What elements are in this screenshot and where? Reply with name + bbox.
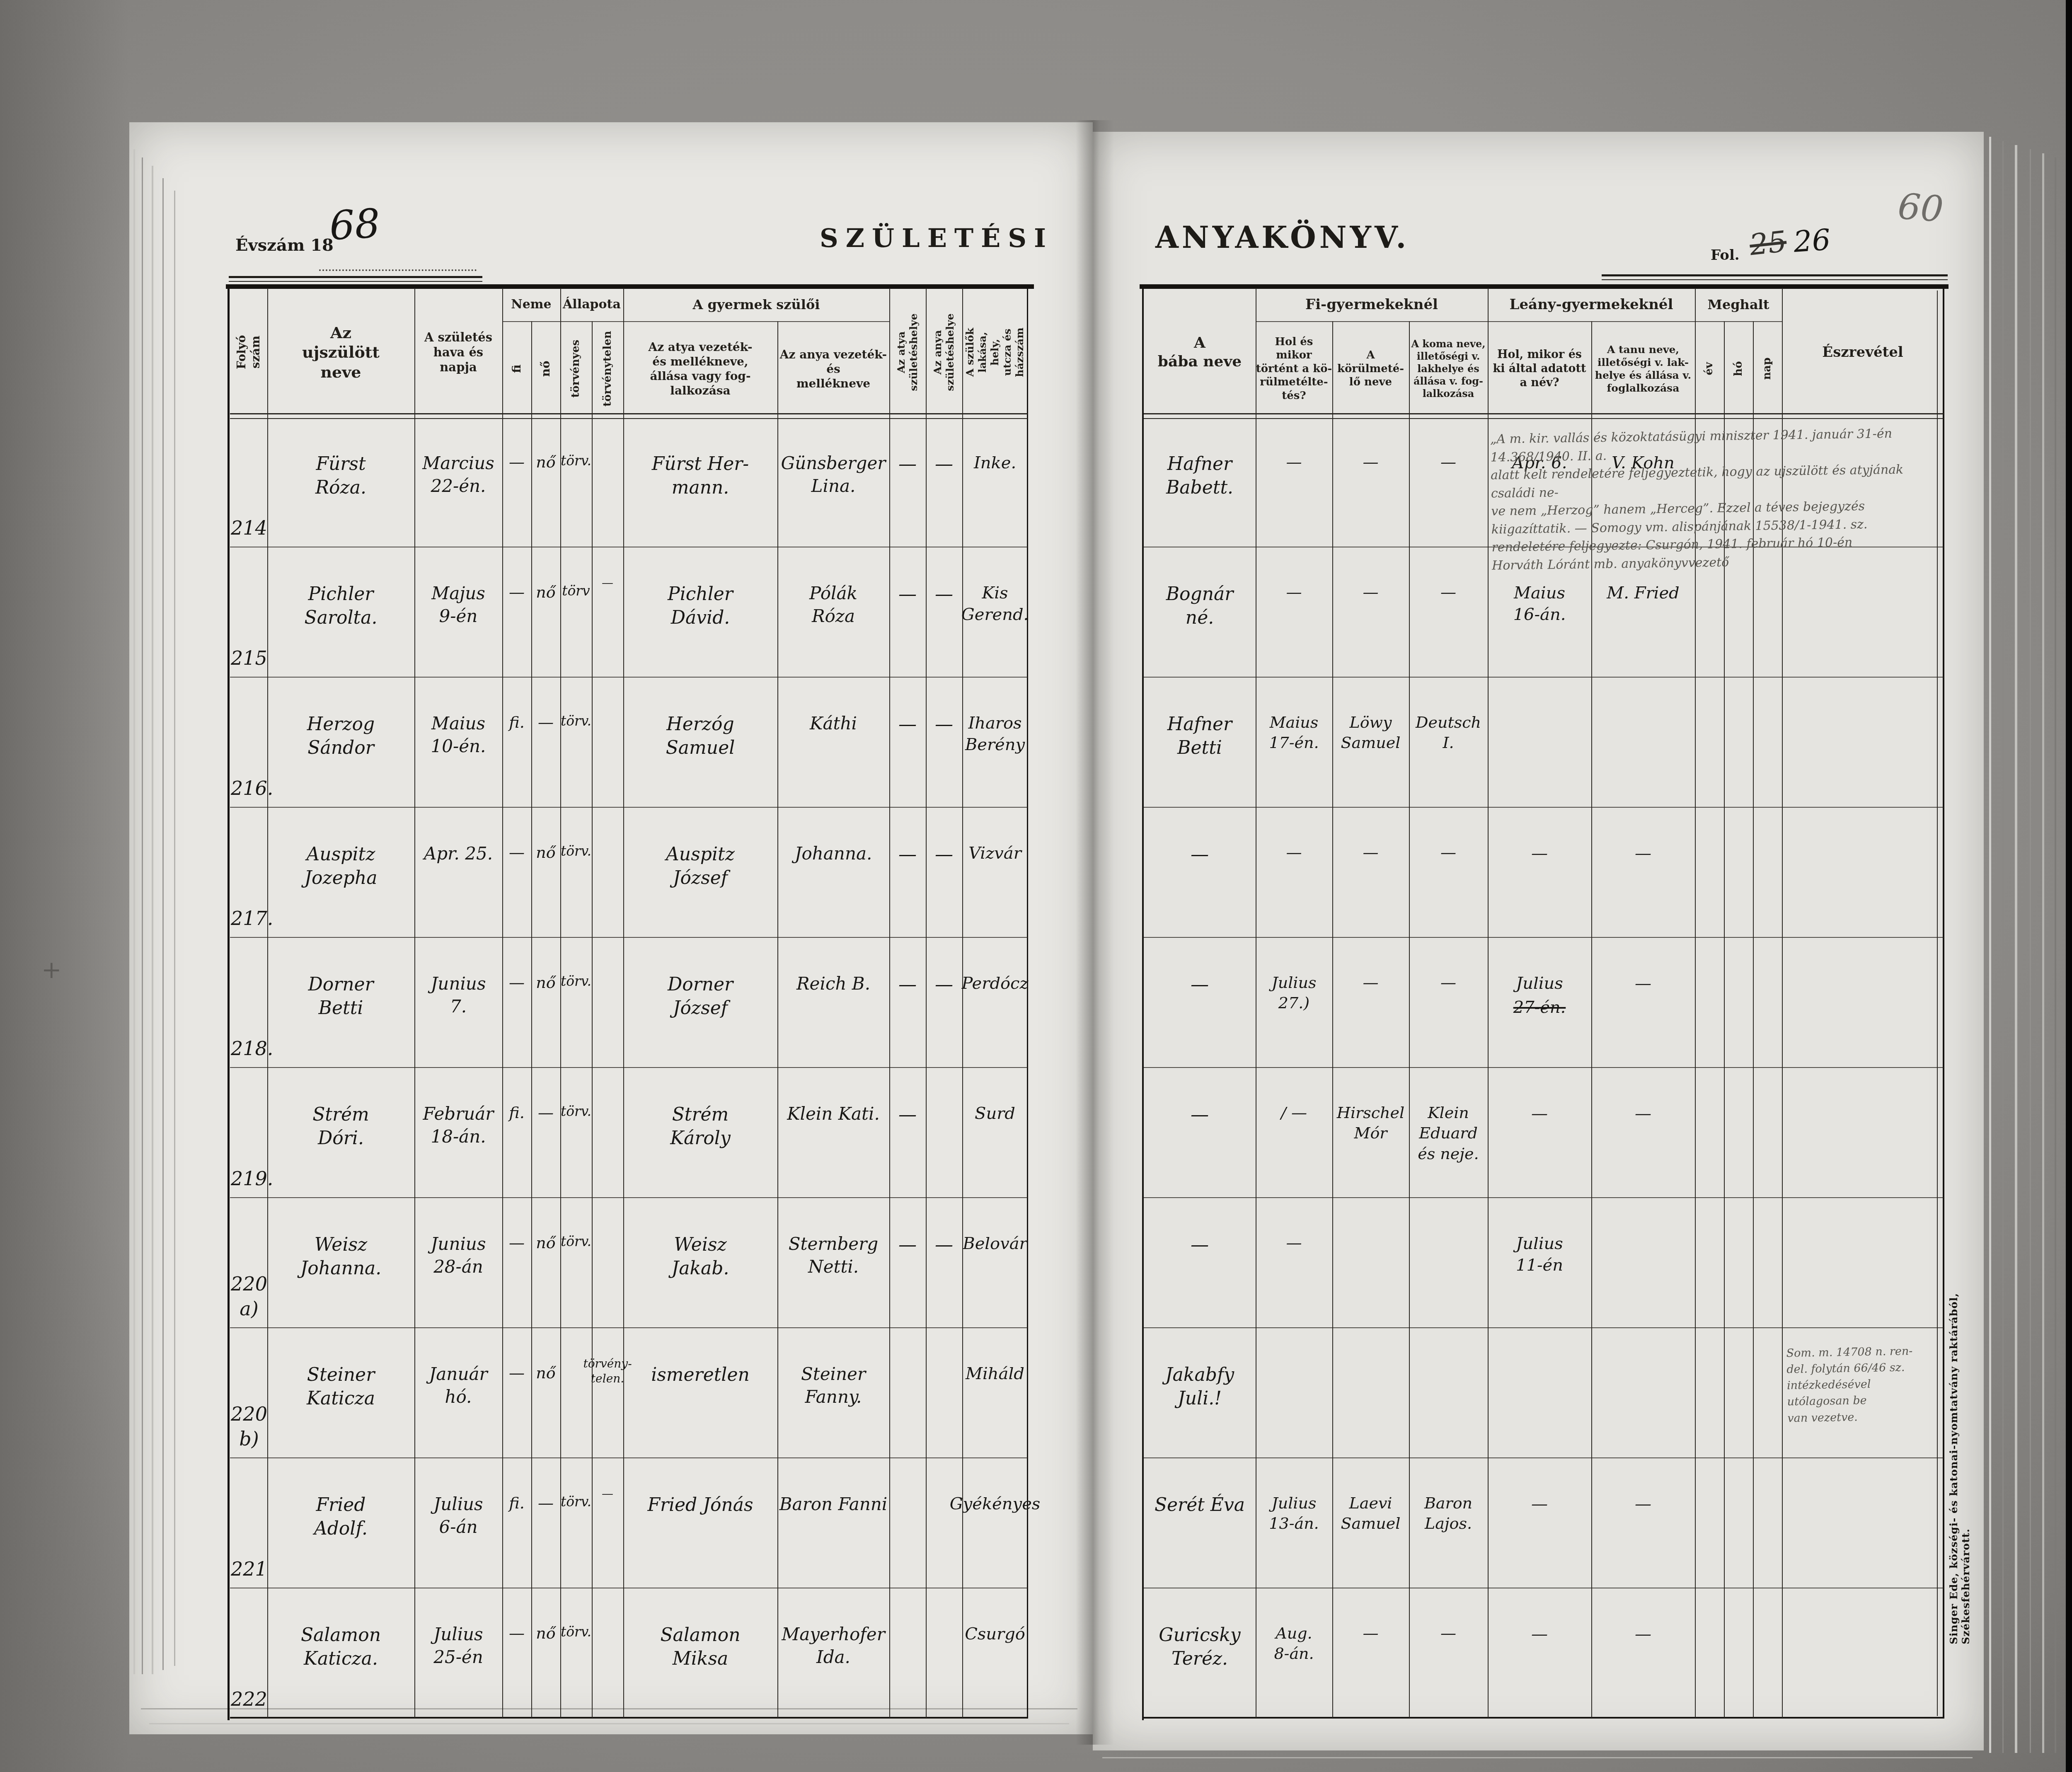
cell-torv: törv. — [560, 1457, 592, 1588]
sheet-edge-line — [2030, 149, 2031, 1753]
cell-torvtelen — [592, 1197, 623, 1327]
table-row: 217.Auspitz JozephaApr. 25.—nőtörv.Auspi… — [230, 807, 1028, 937]
header-korulmetelo-neve: A körülmeté- lő neve — [1332, 321, 1409, 416]
header-tanu-neve: A tanu neve, illetőségi v. lak- helye és… — [1591, 321, 1695, 416]
cell-torv: törv. — [560, 416, 592, 547]
header-anya-szuleteshelye: Az anya születéshelye — [926, 288, 962, 416]
header-baba-neve: A bába neve — [1144, 288, 1256, 416]
cell-circ_who: Löwy Samuel — [1332, 677, 1409, 807]
cell-name: Salamon Katicza. — [267, 1588, 414, 1718]
cell-circ_who: — — [1332, 1588, 1409, 1718]
cell-residence: Iharos Berény — [962, 677, 1028, 807]
cell-torv: törv. — [560, 807, 592, 937]
cell-tanu — [1591, 1197, 1695, 1327]
header-anya-szuleteshelye-label: Az anya születéshelye — [932, 313, 956, 391]
cell-circ_when: / — — [1256, 1067, 1332, 1197]
header-szulok-lakasa: A szülők lakása, hely, utcza és házszám — [962, 288, 1028, 416]
cell-koma: Deutsch I. — [1409, 677, 1488, 807]
cell-fi: fi. — [502, 1067, 531, 1197]
cell-mother: Steiner Fanny. — [777, 1327, 889, 1457]
cell-date: Junius 28-án — [414, 1197, 502, 1327]
cell-baba: Bognár né. — [1144, 547, 1256, 677]
cell-mother_bp — [926, 1588, 962, 1718]
cell-num: 222 — [230, 1588, 267, 1718]
header-ho: hó — [1724, 321, 1753, 416]
cell-circ_when: Julius 27.) — [1256, 937, 1332, 1067]
cell-num: 216. — [230, 677, 267, 807]
cell-baba: — — [1144, 937, 1256, 1067]
cell-residence: Csurgó — [962, 1588, 1028, 1718]
scanned-registry-spread: Évszám 18 68 SZÜLETÉSI ANYAKÖNYV. Fol. 2… — [0, 0, 2072, 1772]
fol-number: 26 — [1792, 223, 1832, 259]
cell-residence: Surd — [962, 1067, 1028, 1197]
cell-baba: Guricsky Teréz. — [1144, 1588, 1256, 1718]
evszam-handwritten-year: 68 — [328, 200, 381, 249]
sheet-edge-line — [2002, 141, 2004, 1753]
cell-name_when_struck — [1488, 677, 1591, 807]
cell-date: Január hó. — [414, 1327, 502, 1457]
cell-torv: törv. — [560, 1588, 592, 1718]
right-page-title: ANYAKÖNYV. — [1155, 220, 1409, 255]
cell-circ_when: — — [1256, 807, 1332, 937]
table-row: ——Julius 11-én — [1144, 1197, 1944, 1327]
table-row: Guricsky Teréz.Aug. 8-án.———— — [1144, 1588, 1944, 1718]
cell-koma: Baron Lajos. — [1409, 1457, 1488, 1588]
cell-torvtelen: — — [592, 1457, 623, 1588]
cell-date: Junius 7. — [414, 937, 502, 1067]
cell-baba: Jakabfy Juli.! — [1144, 1327, 1256, 1457]
cell-torv: törv — [560, 547, 592, 677]
cell-father: Dorner József — [623, 937, 777, 1067]
cell-circ_who: Hirschel Mór — [1332, 1067, 1409, 1197]
fol-number-struck: 25 — [1748, 225, 1788, 262]
cell-father_bp: — — [889, 416, 926, 547]
cell-fi: — — [502, 807, 531, 937]
table-row: 222Salamon Katicza.Julius 25-én—nőtörv.S… — [230, 1588, 1028, 1718]
header-folyo-szam: Folyó szám — [230, 288, 267, 416]
sheet-edge-line — [142, 157, 143, 1674]
header-nap: nap — [1753, 321, 1782, 416]
cell-name: Herzog Sándor — [267, 677, 414, 807]
cell-name_when_struck — [1488, 807, 1591, 937]
cell-date: Julius 6-án — [414, 1457, 502, 1588]
right-table: A bába neve Fi-gyermekeknél Leány-gyerme… — [1144, 288, 1944, 1718]
cell-no: nő — [531, 807, 560, 937]
cell-name: Fried Adolf. — [267, 1457, 414, 1588]
sheet-edge-line — [1989, 137, 1991, 1753]
cell-koma: — — [1409, 416, 1488, 547]
table-row: 215Pichler Sarolta.Majus 9-én—nőtörv—Pic… — [230, 547, 1028, 677]
cell-circ_who: — — [1332, 547, 1409, 677]
cell-baba: — — [1144, 807, 1256, 937]
cell-father: Weisz Jakab. — [623, 1197, 777, 1327]
cell-torv: törv. — [560, 1067, 592, 1197]
table-row: Serét ÉvaJulius 13-án.Laevi SamuelBaron … — [1144, 1457, 1944, 1588]
table-row: 219.Strém Dóri.Február 18-án.fi.—törv.St… — [230, 1067, 1028, 1197]
cell-baba: Hafner Betti — [1144, 677, 1256, 807]
left-table: Folyó szám Az ujszülött neve A születés … — [230, 288, 1028, 1718]
cell-father_bp: — — [889, 937, 926, 1067]
header-atya-neve: Az atya vezeték- és mellékneve, állása v… — [623, 321, 777, 416]
cell-date: Marcius 22-én. — [414, 416, 502, 547]
cell-date: Julius 25-én — [414, 1588, 502, 1718]
cell-tanu: — — [1591, 937, 1695, 1067]
header-fi-gyermekeknel-group: Fi-gyermekeknél — [1256, 288, 1488, 321]
cell-father_bp: — — [889, 807, 926, 937]
cell-koma: Klein Eduard és neje. — [1409, 1067, 1488, 1197]
gutter-shadow — [1076, 120, 1114, 1745]
cell-tanu: — — [1591, 1067, 1695, 1197]
cell-no: nő — [531, 1588, 560, 1718]
cell-name: Auspitz Jozepha — [267, 807, 414, 937]
cell-father_bp: — — [889, 1197, 926, 1327]
header-ujszulott-neve: Az ujszülött neve — [267, 288, 414, 416]
cell-date: Majus 9-én — [414, 547, 502, 677]
table-row: 216.Herzog SándorMaius 10-én.fi.—törv.He… — [230, 677, 1028, 807]
sheet-edge-line — [174, 191, 175, 1666]
cell-mother_bp: — — [926, 547, 962, 677]
cell-num: 221 — [230, 1457, 267, 1588]
cell-circ_when: Maius 17-én. — [1256, 677, 1332, 807]
cell-father: Fürst Her- mann. — [623, 416, 777, 547]
cell-torvtelen — [592, 416, 623, 547]
cell-fi: — — [502, 1588, 531, 1718]
cell-koma: — — [1409, 547, 1488, 677]
cell-name_when_struck: 27-én. — [1488, 937, 1591, 1067]
cell-no: nő — [531, 1197, 560, 1327]
cell-torvtelen: — — [592, 547, 623, 677]
header-meghalt-group: Meghalt — [1695, 288, 1782, 321]
fol-label: Fol. — [1711, 247, 1740, 264]
cell-num: 218. — [230, 937, 267, 1067]
table-row: 221Fried Adolf.Julius 6-ánfi.—törv.—Frie… — [230, 1457, 1028, 1588]
cell-num: 214 — [230, 416, 267, 547]
cell-father: Strém Károly — [623, 1067, 777, 1197]
cell-no: nő — [531, 937, 560, 1067]
cell-no: nő — [531, 416, 560, 547]
header-nap-label: nap — [1761, 358, 1774, 380]
cell-name_when_struck — [1488, 1457, 1591, 1588]
cell-father_bp — [889, 1457, 926, 1588]
cell-mother_bp — [926, 1457, 962, 1588]
cell-name: Fürst Róza. — [267, 416, 414, 547]
sheet-edge-line — [2015, 145, 2017, 1753]
cell-koma — [1409, 1327, 1488, 1457]
cell-circ_when: — — [1256, 416, 1332, 547]
cell-date: Február 18-án. — [414, 1067, 502, 1197]
cell-koma: — — [1409, 937, 1488, 1067]
cell-fi: — — [502, 1327, 531, 1457]
cell-father: Herzóg Samuel — [623, 677, 777, 807]
cell-circ_who: — — [1332, 416, 1409, 547]
cell-num: 215 — [230, 547, 267, 677]
header-eszrevetel: Észrevétel — [1782, 288, 1944, 416]
cell-father: Pichler Dávid. — [623, 547, 777, 677]
evszam-dotted-line — [319, 269, 477, 271]
cell-fi: fi. — [502, 677, 531, 807]
cell-no: — — [531, 677, 560, 807]
cell-tanu — [1591, 1327, 1695, 1457]
cell-residence: Miháld — [962, 1327, 1028, 1457]
cell-mother: Baron Fanni — [777, 1457, 889, 1588]
cell-residence: Kis Gerend. — [962, 547, 1028, 677]
margin-cross-mark: + — [41, 956, 62, 984]
cell-circ_who — [1332, 1197, 1409, 1327]
cell-fi: — — [502, 1197, 531, 1327]
left-table-rows: 214Fürst Róza.Marcius 22-én.—nőtörv.Fürs… — [230, 416, 1028, 1718]
cell-no: nő — [531, 547, 560, 677]
cell-father: ismeretlen — [623, 1327, 777, 1457]
cell-father_bp — [889, 1327, 926, 1457]
cell-baba: — — [1144, 1197, 1256, 1327]
cell-mother_bp — [926, 1067, 962, 1197]
cell-mother: Reich B. — [777, 937, 889, 1067]
header-no-label: nő — [539, 361, 553, 377]
cell-residence: Gyékényes — [962, 1457, 1028, 1588]
header-atya-szuleteshelye-label: Az atya születéshelye — [895, 313, 920, 391]
cell-torvtelen — [592, 1067, 623, 1197]
header-fi-label: fi — [510, 365, 524, 373]
cell-father_bp: — — [889, 547, 926, 677]
fol-rule — [1602, 274, 1948, 280]
cell-circ_when: Aug. 8-án. — [1256, 1588, 1332, 1718]
header-szulok-lakasa-label: A szülők lakása, hely, utcza és házszám — [964, 320, 1026, 385]
cell-residence: Vizvár — [962, 807, 1028, 937]
cell-circ_when: Julius 13-án. — [1256, 1457, 1332, 1588]
cell-date: Apr. 25. — [414, 807, 502, 937]
cell-koma: — — [1409, 807, 1488, 937]
header-folyo-szam-label: Folyó szám — [235, 334, 262, 371]
cell-mother_bp: — — [926, 677, 962, 807]
table-row: 220 b)Steiner KaticzaJanuár hó.—nőtörvén… — [230, 1327, 1028, 1457]
header-fi: fi — [502, 321, 531, 416]
cell-tanu: — — [1591, 807, 1695, 937]
pencil-note-utolagos-bevezetes: Som. m. 14708 n. ren- del. folytán 66/46… — [1786, 1343, 1941, 1426]
cell-mother: Günsberger Lina. — [777, 416, 889, 547]
cell-mother: Káthi — [777, 677, 889, 807]
cell-mother_bp: — — [926, 807, 962, 937]
header-leany-gyermekeknel-group: Leány-gyermekeknél — [1488, 288, 1695, 321]
cell-mother: Klein Kati. — [777, 1067, 889, 1197]
cell-mother: Johanna. — [777, 807, 889, 937]
cell-no: — — [531, 1457, 560, 1588]
header-koma-neve: A koma neve, illetőségi v. lakhelye és á… — [1409, 321, 1488, 416]
cell-num: 219. — [230, 1067, 267, 1197]
table-border-left — [228, 286, 230, 1720]
cell-name_when_struck — [1488, 1197, 1591, 1327]
cell-father: Salamon Miksa — [623, 1588, 777, 1718]
table-row: 220 a)Weisz Johanna.Junius 28-án—nőtörv.… — [230, 1197, 1028, 1327]
cell-torvtelen: törvény- telen. — [592, 1327, 623, 1457]
header-torvenyes-label: törvényes — [569, 340, 582, 398]
cell-name_when_struck — [1488, 1067, 1591, 1197]
evszam-label: Évszám 18 — [235, 235, 334, 255]
cell-torv: törv. — [560, 677, 592, 807]
cell-mother_bp: — — [926, 416, 962, 547]
table-row: —————— — [1144, 807, 1944, 937]
header-ev-label: év — [1703, 362, 1716, 375]
cell-koma: — — [1409, 1588, 1488, 1718]
sheet-edge-line — [1102, 1757, 1973, 1758]
sheet-edge-line — [152, 166, 153, 1674]
table-row: 214Fürst Róza.Marcius 22-én.—nőtörv.Fürs… — [230, 416, 1028, 547]
cell-mother: Mayerhofer Ida. — [777, 1588, 889, 1718]
cell-num: 220 a) — [230, 1197, 267, 1327]
cell-mother_bp: — — [926, 1197, 962, 1327]
header-allapota-group: Állapota — [560, 288, 623, 321]
cell-name: Strém Dóri. — [267, 1067, 414, 1197]
cell-torv: törv. — [560, 937, 592, 1067]
cell-mother_bp — [926, 1327, 962, 1457]
cell-residence: Inke. — [962, 416, 1028, 547]
cell-mother_bp: — — [926, 937, 962, 1067]
sheet-edge-line — [2042, 153, 2044, 1753]
cell-father_bp: — — [889, 1067, 926, 1197]
pencil-note-herzog-herceg: „A m. kir. vallás és közoktatásügyi mini… — [1490, 424, 1943, 574]
cell-father: Auspitz József — [623, 807, 777, 937]
left-edge-shadow — [0, 0, 128, 1772]
cell-father_bp — [889, 1588, 926, 1718]
cell-circ_who: — — [1332, 807, 1409, 937]
header-ho-label: hó — [1732, 361, 1745, 376]
cell-name_when_struck — [1488, 1327, 1591, 1457]
cell-fi: — — [502, 416, 531, 547]
header-gyermek-szuloi-group: A gyermek szülői — [623, 288, 889, 321]
cell-circ_when — [1256, 1327, 1332, 1457]
cell-tanu: — — [1591, 1457, 1695, 1588]
header-szuletes-datum: A születés hava és napja — [414, 288, 502, 416]
cell-num: 217. — [230, 807, 267, 937]
cell-num: 220 b) — [230, 1327, 267, 1457]
table-row: Hafner BettiMaius 17-én.Löwy SamuelDeuts… — [1144, 677, 1944, 807]
table-row: —Julius 27.)——Julius27-én.— — [1144, 937, 1944, 1067]
cell-circ_who: Laevi Samuel — [1332, 1457, 1409, 1588]
cell-tanu: — — [1591, 1588, 1695, 1718]
cell-name_when_struck — [1488, 1588, 1591, 1718]
cell-torv: törv. — [560, 1197, 592, 1327]
cell-name: Dorner Betti — [267, 937, 414, 1067]
right-black-band — [2066, 0, 2072, 1772]
cell-torvtelen — [592, 807, 623, 937]
cell-koma — [1409, 1197, 1488, 1327]
printer-imprint: Singer Ede, községi- és katonai-nyomtatv… — [1948, 1180, 1972, 1644]
cell-torvtelen — [592, 677, 623, 807]
cell-no: — — [531, 1067, 560, 1197]
cell-name: Pichler Sarolta. — [267, 547, 414, 677]
cell-mother: Sternberg Netti. — [777, 1197, 889, 1327]
page-number-pencil: 60 — [1897, 186, 1945, 230]
cell-residence: Perdócz — [962, 937, 1028, 1067]
sheet-edge-line — [2055, 157, 2056, 1753]
cell-circ_when: — — [1256, 1197, 1332, 1327]
sheet-edge-line — [149, 1723, 1069, 1724]
header-torvenyes: törvényes — [560, 321, 592, 416]
cell-residence: Belovár — [962, 1197, 1028, 1327]
table-row: 218.Dorner BettiJunius 7.—nőtörv.Dorner … — [230, 937, 1028, 1067]
left-page-title: SZÜLETÉSI — [767, 223, 1106, 253]
cell-baba: Hafner Babett. — [1144, 416, 1256, 547]
header-ev: év — [1695, 321, 1724, 416]
cell-date: Maius 10-én. — [414, 677, 502, 807]
header-torvenytelen-label: törvénytelen — [601, 331, 614, 407]
cell-fi: fi. — [502, 1457, 531, 1588]
header-atya-szuleteshelye: Az atya születéshelye — [889, 288, 926, 416]
cell-baba: Serét Éva — [1144, 1457, 1256, 1588]
right-table-rows: Hafner Babett.———Apr. 6.V. KohnBognár né… — [1144, 416, 1944, 1718]
cell-torvtelen — [592, 937, 623, 1067]
cell-mother: Pólák Róza — [777, 547, 889, 677]
header-neme-group: Neme — [502, 288, 560, 321]
header-korulmeteltetes-mikor: Hol és mikor történt a kö- rülmetélte- t… — [1256, 321, 1332, 416]
sheet-edge-line — [162, 178, 164, 1670]
cell-no: nő — [531, 1327, 560, 1457]
cell-baba: — — [1144, 1067, 1256, 1197]
cell-fi: — — [502, 937, 531, 1067]
cell-circ_who: — — [1332, 937, 1409, 1067]
cell-name: Weisz Johanna. — [267, 1197, 414, 1327]
cell-torv — [560, 1327, 592, 1457]
header-torvenytelen: törvénytelen — [592, 321, 623, 416]
header-nev-adas: Hol, mikor és ki által adatott a név? — [1488, 321, 1591, 416]
header-no: nő — [531, 321, 560, 416]
cell-fi: — — [502, 547, 531, 677]
evszam-rule — [229, 276, 482, 282]
sheet-edge-line — [133, 149, 135, 1674]
cell-father: Fried Jónás — [623, 1457, 777, 1588]
cell-circ_when: — — [1256, 547, 1332, 677]
cell-father_bp: — — [889, 677, 926, 807]
cell-name: Steiner Katicza — [267, 1327, 414, 1457]
header-anya-neve: Az anya vezeték- és mellékneve — [777, 321, 889, 416]
cell-tanu — [1591, 677, 1695, 807]
table-row: —/ —Hirschel MórKlein Eduard és neje.—— — [1144, 1067, 1944, 1197]
cell-torvtelen — [592, 1588, 623, 1718]
cell-circ_who — [1332, 1327, 1409, 1457]
